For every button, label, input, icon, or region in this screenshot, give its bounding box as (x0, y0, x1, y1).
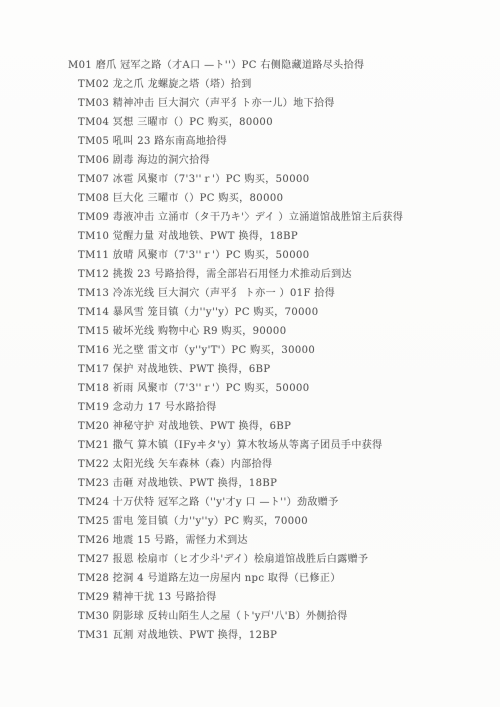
tm-entry: TM30 阴影球 反转山陌生人之屋（ト'y戸'八'B）外侧拾得 (78, 607, 403, 626)
tm-entry: TM09 毒液冲击 立涌市（タ干乃キ'〉デイ ）立涌道馆战胜馆主后获得 (78, 208, 403, 227)
tm-entry: TM14 暴风雪 笼目镇（力''y''y）PC 购买，70000 (78, 303, 403, 322)
tm-entry: TM27 报恩 桧扇市（ヒ才少斗'デイ）桧扇道馆战胜后白露赠予 (78, 550, 403, 569)
tm-entry: TM08 巨大化 三曜市（）PC 购买，80000 (78, 189, 403, 208)
tm-entry: TM05 吼叫 23 路东南高地拾得 (78, 132, 403, 151)
tm-entry: TM15 破坏光线 购物中心 R9 购买，90000 (78, 322, 403, 341)
tm-entry: TM04 冥想 三曜市（）PC 购买，80000 (78, 113, 403, 132)
tm-entry: TM19 念动力 17 号水路拾得 (78, 398, 403, 417)
tm-entry: TM28 挖洞 4 号道路左边一房屋内 npc 取得（已修正） (78, 569, 403, 588)
tm-entry: M01 磨爪 冠军之路（才A口 —ト''）PC 右侧隐藏道路尽头拾得 (68, 56, 403, 75)
tm-entry: TM26 地震 15 号路，需怪力术到达 (78, 531, 403, 550)
tm-entry: TM23 击砸 对战地铁、PWT 换得，18BP (78, 474, 403, 493)
document-page: M01 磨爪 冠军之路（才A口 —ト''）PC 右侧隐藏道路尽头拾得TM02 龙… (0, 0, 500, 707)
tm-entry: TM24 十万伏特 冠军之路（''y'才y 口 —ト''）劲敌赠予 (78, 493, 403, 512)
tm-entry: TM11 放晴 风聚市（7'3''ｒ'）PC 购买，50000 (78, 246, 403, 265)
tm-entry: TM29 精神干扰 13 号路拾得 (78, 588, 403, 607)
tm-entry: TM07 冰雹 风聚市（7'3''ｒ'）PC 购买，50000 (78, 170, 403, 189)
tm-entry: TM18 祈雨 风聚市（7'3''ｒ'）PC 购买，50000 (78, 379, 403, 398)
tm-entry: TM22 太阳光线 矢车森林（森）内部拾得 (78, 455, 403, 474)
tm-location-list: M01 磨爪 冠军之路（才A口 —ト''）PC 右侧隐藏道路尽头拾得TM02 龙… (78, 56, 403, 645)
tm-entry: TM17 保护 对战地铁、PWT 换得，6BP (78, 360, 403, 379)
tm-entry: TM31 瓦割 对战地铁、PWT 换得，12BP (78, 626, 403, 645)
tm-entry: TM21 撒气 算木镇（IFyヰタ'y）算木牧场从等离子团员手中获得 (78, 436, 403, 455)
tm-entry: TM03 精神冲击 巨大洞穴（声平犭ト亦一儿）地下拾得 (78, 94, 403, 113)
tm-entry: TM13 冷冻光线 巨大洞穴（声平犭 ト亦一 ）01F 拾得 (78, 284, 403, 303)
tm-entry: TM12 挑拨 23 号路拾得，需全部岩石用怪力术推动后到达 (78, 265, 403, 284)
tm-entry: TM06 剧毒 海边的洞穴拾得 (78, 151, 403, 170)
tm-entry: TM10 觉醒力量 对战地铁、PWT 换得，18BP (78, 227, 403, 246)
tm-entry: TM20 神秘守护 对战地铁、PWT 换得，6BP (78, 417, 403, 436)
tm-entry: TM16 光之壁 雷文市（y''y'T'）PC 购买，30000 (78, 341, 403, 360)
tm-entry: TM02 龙之爪 龙螺旋之塔（塔）拾到 (78, 75, 403, 94)
tm-entry: TM25 雷电 笼目镇（力''y''y）PC 购买，70000 (78, 512, 403, 531)
